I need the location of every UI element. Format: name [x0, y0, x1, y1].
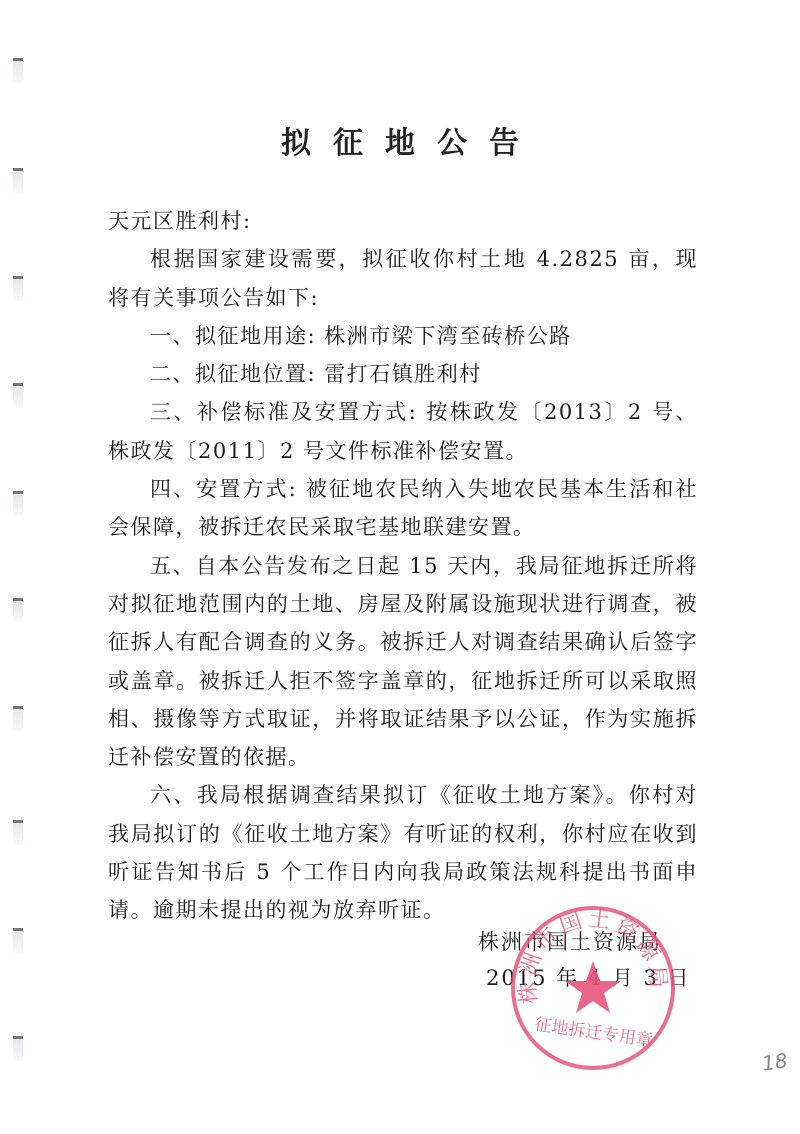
binder-mark	[13, 820, 23, 845]
paragraph-resettlement: 四、安置方式: 被征地农民纳入失地农民基本生活和社会保障，被拆迁农民采取宅基地联…	[108, 470, 698, 547]
seal-bottom-text: 征地拆迁专用章	[533, 1014, 654, 1051]
binder-mark	[13, 1036, 23, 1061]
binder-mark	[13, 168, 23, 193]
binder-mark	[13, 58, 23, 83]
binder-mark	[13, 491, 23, 516]
paragraph-location: 二、拟征地位置: 雷打石镇胜利村	[108, 355, 698, 393]
binder-mark	[13, 598, 23, 623]
addressee: 天元区胜利村:	[108, 202, 698, 240]
paragraph-intro: 根据国家建设需要，拟征收你村土地 4.2825 亩，现将有关事项公告如下:	[108, 240, 698, 317]
paragraph-survey: 五、自本公告发布之日起 15 天内，我局征地拆迁所将对拟征地范围内的土地、房屋及…	[108, 547, 698, 777]
binder-mark	[13, 276, 23, 301]
paragraph-compensation: 三、补偿标准及安置方式: 按株政发〔2013〕2 号、株政发〔2011〕2 号文…	[108, 393, 698, 470]
official-seal-icon: 株洲市国土资源局 征地拆迁专用章	[508, 903, 678, 1073]
document-title: 拟征地公告	[0, 118, 800, 162]
binder-mark	[13, 706, 23, 731]
document-body: 天元区胜利村: 根据国家建设需要，拟征收你村土地 4.2825 亩，现将有关事项…	[108, 202, 698, 930]
binder-mark	[13, 383, 23, 408]
paragraph-purpose: 一、拟征地用途: 株洲市梁下湾至砖桥公路	[108, 317, 698, 355]
page-number: 18	[760, 1048, 789, 1075]
binder-mark	[13, 928, 23, 953]
